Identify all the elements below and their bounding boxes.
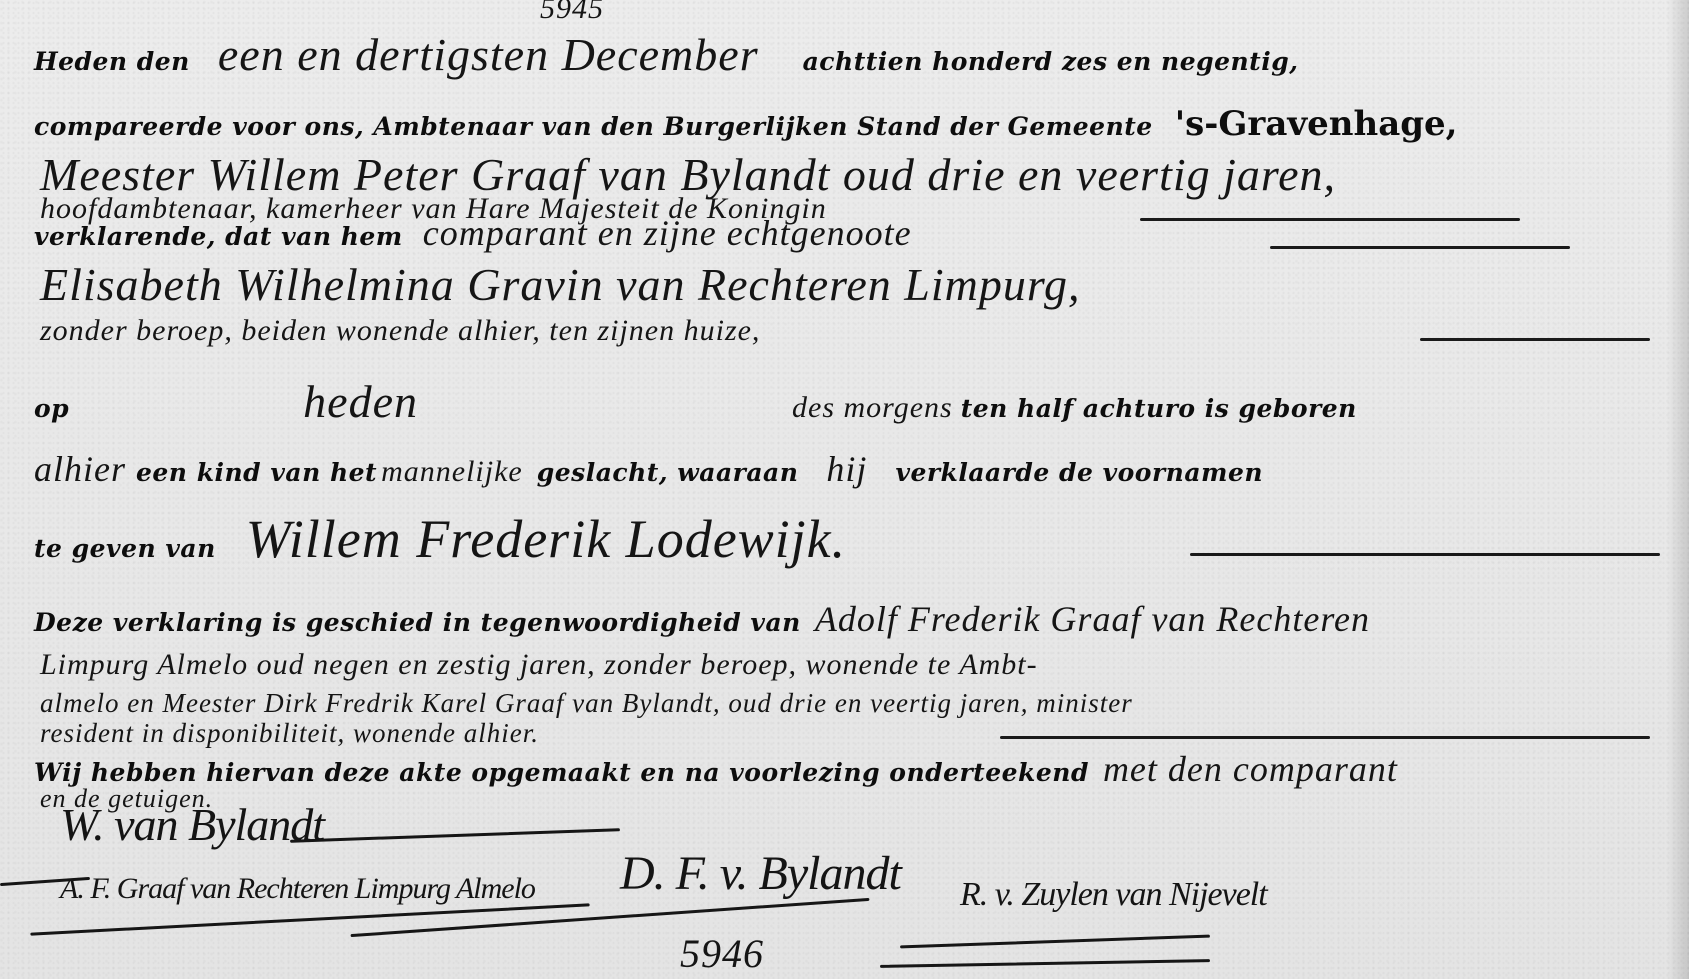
signature-declarant: W. van Bylandt (60, 798, 324, 851)
line-witness-2: almelo en Meester Dirk Fredrik Karel Gra… (40, 688, 1133, 719)
printed-text: te geven van (34, 534, 216, 563)
line-witness-1: Deze verklaring is geschied in tegenwoor… (34, 598, 1370, 640)
signature-flourish (880, 959, 1210, 968)
printed-text: verklaarde de voornamen (895, 458, 1263, 487)
scan-edge-shadow (1667, 0, 1689, 979)
record-number-top: 5945 (540, 0, 604, 26)
printed-text: Deze verklaring is geschied in tegenwoor… (34, 608, 801, 637)
line-residence: zonder beroep, beiden wonende alhier, te… (40, 314, 760, 348)
birth-certificate-scan: 5945 Heden den een en dertigsten Decembe… (0, 0, 1689, 979)
line-child-name: te geven van Willem Frederik Lodewijk. (34, 508, 846, 570)
fill-rule (1190, 553, 1660, 556)
handwritten-time-of-day: des morgens (792, 391, 953, 424)
signature-witness-1: A. F. Graaf van Rechteren Limpurg Almelo (60, 872, 535, 906)
signature-witness-2: D. F. v. Bylandt (620, 846, 901, 901)
line-child-sex: alhier een kind van het mannelijke gesla… (34, 448, 1263, 490)
printed-text: verklarende, dat van hem (34, 222, 403, 251)
handwritten-pronoun: hij (826, 449, 867, 489)
record-number-bottom: 5946 (680, 930, 764, 977)
signature-official: R. v. Zuylen van Nijevelt (960, 876, 1267, 914)
line-mother-name: Elisabeth Wilhelmina Gravin van Rechtere… (40, 258, 1081, 311)
witness-1-name: Adolf Frederik Graaf van Rechteren (815, 599, 1370, 639)
handwritten-day: heden (303, 376, 418, 427)
line-date: Heden den een en dertigsten December ach… (34, 28, 1298, 81)
printed-text: ten half achturo is geboren (961, 394, 1357, 423)
printed-text: een kind van het (136, 458, 377, 487)
fill-rule (1420, 338, 1650, 341)
fill-rule (1270, 246, 1570, 249)
handwritten-place: alhier (34, 449, 126, 489)
municipality-name: 's-Gravenhage, (1175, 104, 1458, 144)
line-birth-time: op heden des morgens ten half achturo is… (34, 375, 1674, 428)
printed-text: op (34, 394, 69, 423)
printed-text: Wij hebben hiervan deze akte opgemaakt e… (34, 758, 1089, 787)
handwritten-text: comparant en zijne echtgenoote (423, 213, 912, 253)
handwritten-sex: mannelijke (381, 455, 523, 488)
handwritten-text: met den comparant (1103, 749, 1398, 789)
signature-flourish (900, 935, 1210, 949)
printed-text: compareerde voor ons, Ambtenaar van den … (34, 112, 1153, 141)
signature-flourish (290, 828, 620, 843)
line-compareerde: compareerde voor ons, Ambtenaar van den … (34, 104, 1457, 144)
signature-flourish (30, 903, 589, 935)
line-verklarende: verklarende, dat van hem comparant en zi… (34, 212, 912, 254)
handwritten-date: een en dertigsten December (218, 29, 759, 80)
line-witness-1-details: Limpurg Almelo oud negen en zestig jaren… (40, 648, 1038, 682)
child-given-names: Willem Frederik Lodewijk. (246, 509, 846, 569)
printed-year: achttien honderd zes en negentig, (803, 47, 1299, 76)
line-witness-2-details: resident in disponibiliteit, wonende alh… (40, 718, 539, 749)
line-closing: Wij hebben hiervan deze akte opgemaakt e… (34, 748, 1398, 790)
fill-rule (1000, 736, 1650, 739)
printed-text: Heden den (34, 47, 190, 76)
printed-text: geslacht, waaraan (537, 458, 799, 487)
fill-rule (1140, 218, 1520, 221)
